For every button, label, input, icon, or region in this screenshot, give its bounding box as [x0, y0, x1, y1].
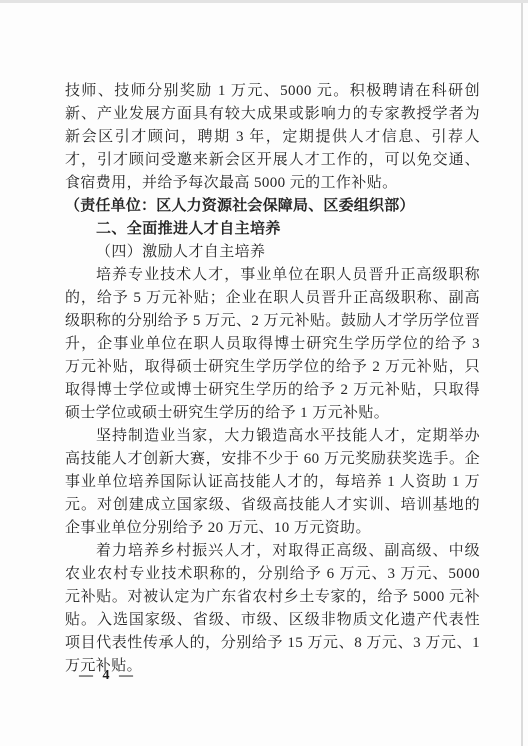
scan-edge-top-line	[0, 0, 528, 3]
paragraph-rural-talent: 着力培养乡村振兴人才，对取得正高级、副高级、中级农业农村专业技术职称的，分别给予…	[65, 540, 480, 678]
document-body: 技师、技师分别奖励 1 万元、5000 元。积极聘请在科研创新、产业发展方面具有…	[65, 80, 480, 678]
paragraph-skilled-talent: 坚持制造业当家，大力锻造高水平技能人才，定期举办高技能人才创新大赛，安排不少于 …	[65, 425, 480, 540]
sub-section-heading: （四）激励人才自主培养	[65, 241, 480, 264]
paragraph-professional-talent: 培养专业技术人才，事业单位在职人员晋升正高级职称的，给予 5 万元补贴；企业在职…	[65, 264, 480, 425]
scan-edge-right-line	[521, 3, 523, 746]
section-heading: 二、全面推进人才自主培养	[65, 218, 480, 241]
paragraph-advisor-rewards: 技师、技师分别奖励 1 万元、5000 元。积极聘请在科研创新、产业发展方面具有…	[65, 80, 480, 195]
responsibility-unit-line: （责任单位：区人力资源社会保障局、区委组织部）	[65, 195, 480, 218]
document-page: 技师、技师分别奖励 1 万元、5000 元。积极聘请在科研创新、产业发展方面具有…	[0, 0, 528, 746]
page-number: — 4 —	[79, 668, 136, 684]
